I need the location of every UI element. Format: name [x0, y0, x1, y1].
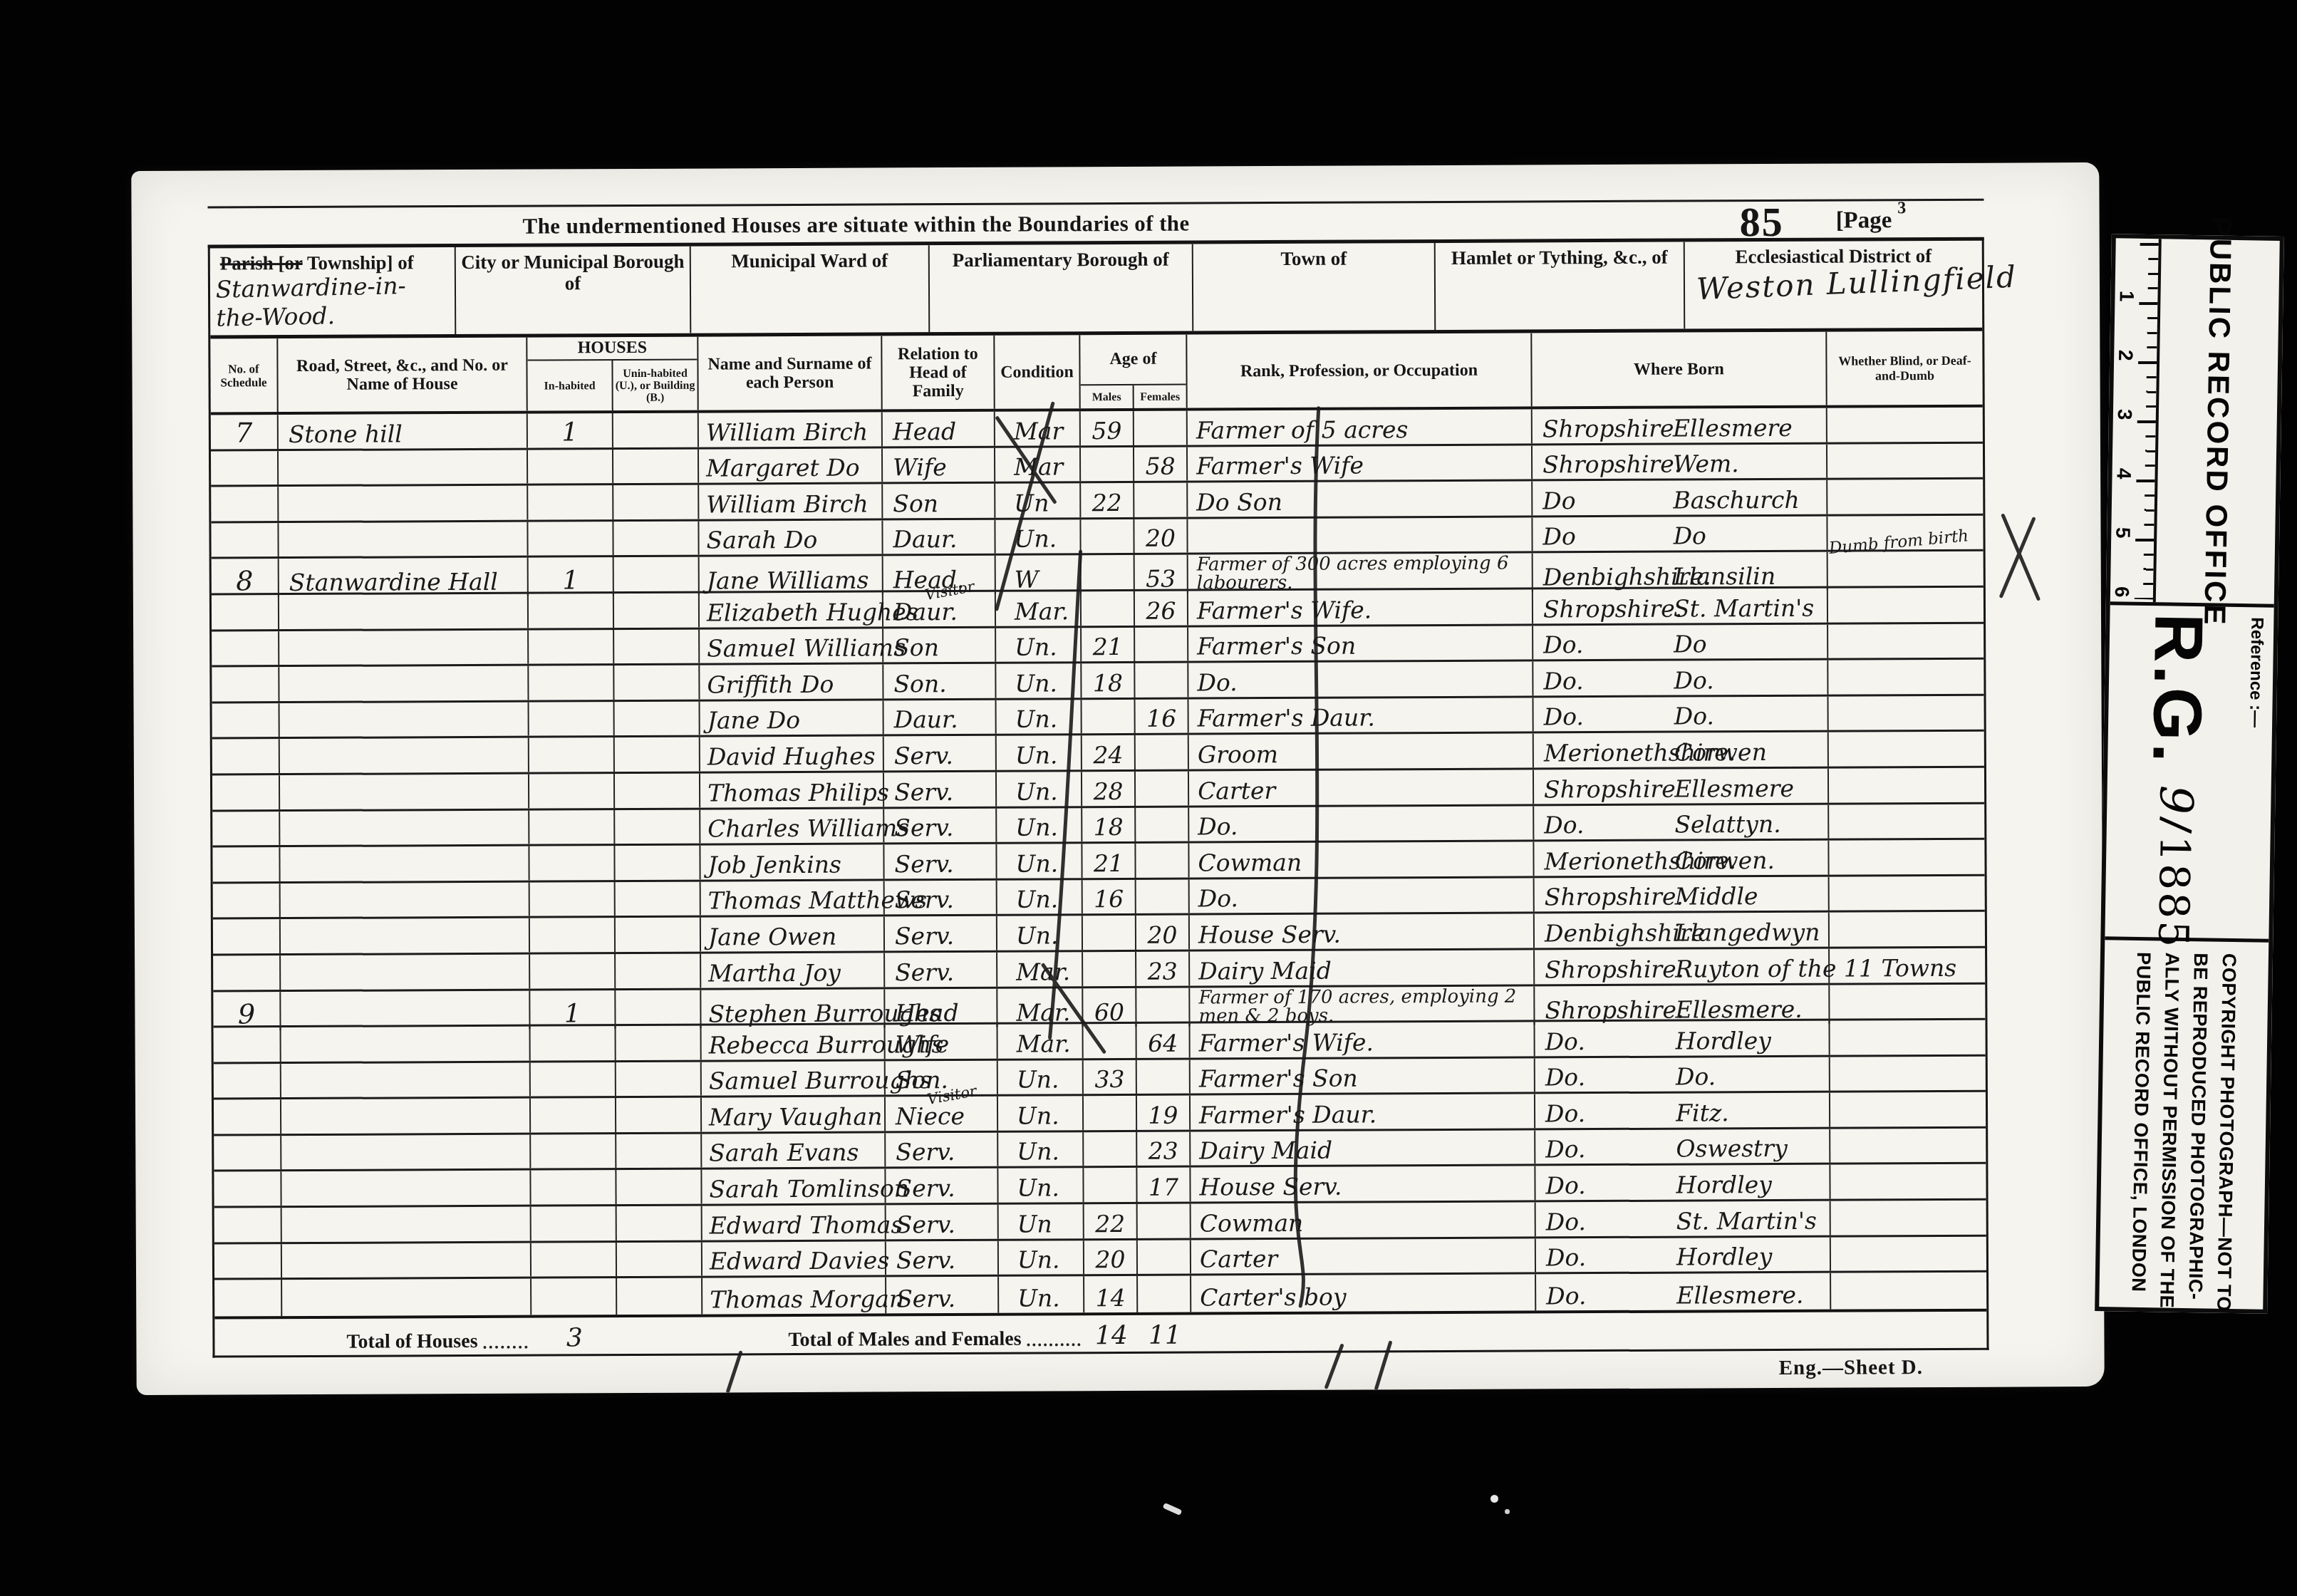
- ecclesiastical-cell: Ecclesiastical District of Weston Lullin…: [1685, 241, 1983, 329]
- col-road: Road, Street, &c., and No. or Name of Ho…: [278, 338, 527, 413]
- cell-schedule: [212, 631, 279, 665]
- cell-relation: Wife: [886, 1025, 998, 1059]
- born-county: Merionethshire.: [1544, 739, 1674, 767]
- cell-schedule: [214, 1027, 281, 1062]
- cell-occupation: Farmer's Wife.: [1191, 1022, 1535, 1058]
- cell-house: [281, 1062, 531, 1097]
- cell-inhabited: [532, 1243, 617, 1277]
- born-place: Corwen: [1674, 738, 1827, 767]
- cell-name: William Birch: [699, 484, 883, 519]
- col-disability: Whether Blind, or Deaf-and-Dumb: [1827, 331, 1982, 405]
- cell-inhabited: [529, 774, 615, 808]
- born-place: Hordley: [1676, 1243, 1830, 1271]
- cell-condition: Un.: [997, 736, 1082, 770]
- cell-age-male: 59: [1081, 411, 1134, 445]
- cell-inhabited: [531, 1026, 616, 1060]
- born-place: Fitz.: [1676, 1099, 1829, 1127]
- cell-occupation: Do.: [1189, 806, 1534, 841]
- cell-inhabited: [529, 737, 615, 772]
- cell-schedule: [213, 883, 281, 918]
- cell-house: [280, 738, 529, 773]
- cell-age-female: [1136, 735, 1189, 769]
- cell-condition: Un.: [999, 1276, 1084, 1312]
- parliamentary-label: Parliamentary Borough of: [953, 249, 1169, 271]
- cell-age-female: 23: [1136, 951, 1190, 985]
- cell-relation: Serv.: [886, 1168, 998, 1203]
- cell-name: Thomas Matthews: [701, 881, 885, 916]
- cell-uninhabited: [613, 413, 699, 447]
- cell-age-female: 64: [1137, 1024, 1191, 1058]
- reference-slash: /: [2148, 814, 2202, 835]
- col-relation: Relation to Head of Family: [882, 336, 995, 410]
- cell-inhabited: [531, 1062, 616, 1097]
- cell-schedule: 7: [211, 415, 279, 449]
- born-county: Do.: [1545, 1135, 1676, 1164]
- born-place: Do.: [1676, 1062, 1829, 1091]
- page-title: The undermentioned Houses are situate wi…: [322, 209, 1391, 240]
- col-inhabited: In-habited: [527, 361, 613, 411]
- cell-age-male: [1084, 1096, 1137, 1130]
- pro-label: PUBLIC RECORD OFFICE 123456 Reference :—…: [2095, 234, 2284, 1314]
- cell-relation: Wife: [883, 447, 995, 482]
- cell-where-born: Do.Hordley: [1536, 1237, 1831, 1272]
- ruler-number: 4: [2112, 420, 2135, 479]
- cell-uninhabited: [616, 1170, 702, 1204]
- cell-where-born: Shropshire.Wem.: [1533, 444, 1827, 479]
- born-county: Do.: [1545, 1063, 1676, 1092]
- cell-where-born: Do.Do.: [1535, 1057, 1830, 1092]
- cell-house: [281, 990, 530, 1030]
- born-county: Do: [1542, 522, 1673, 551]
- copyright-notice: COPYRIGHT PHOTOGRAPH—NOT TOBE REPRODUCED…: [2099, 940, 2269, 1312]
- pro-reference-section: Reference :— R.G. 9 / 1885: [2105, 605, 2273, 943]
- cell-inhabited: 1: [529, 557, 614, 596]
- pro-reference-strip: PUBLIC RECORD OFFICE 123456 Reference :—…: [2095, 234, 2284, 1314]
- houses-group-label: HOUSES: [527, 337, 697, 361]
- cell-schedule: [214, 1280, 282, 1316]
- cell-house: [279, 666, 529, 701]
- cell-condition: Un.: [998, 1060, 1084, 1094]
- film-artifact: [1490, 1495, 1498, 1503]
- cell-inhabited: [528, 450, 613, 484]
- cell-relation: Serv.: [884, 772, 997, 807]
- cell-where-born: Merionethshire.Corwen.: [1534, 841, 1829, 876]
- cell-where-born: Do.Selattyn.: [1534, 804, 1829, 839]
- cell-occupation: House Serv.: [1190, 914, 1535, 950]
- cell-age-male: 21: [1082, 627, 1135, 661]
- cell-occupation: Carter: [1189, 769, 1534, 805]
- cell-occupation: Carter's boy: [1191, 1275, 1536, 1312]
- cell-relation: Daur.Visitor: [883, 592, 996, 626]
- born-county: Do.: [1544, 703, 1674, 731]
- cell-age-male: [1084, 1132, 1137, 1166]
- cell-where-born: Do.Do.: [1534, 696, 1829, 731]
- cell-where-born: Shropshire.St. Martin's: [1533, 589, 1828, 623]
- cell-condition: Un.: [995, 519, 1081, 554]
- cell-house: [280, 774, 529, 809]
- cell-condition: Un.: [997, 844, 1082, 878]
- cell-where-born: Shropshire.Middle: [1535, 876, 1830, 911]
- cell-age-female: 20: [1134, 519, 1188, 553]
- cell-where-born: Do.St. Martin's: [1536, 1201, 1831, 1236]
- cell-house: [281, 1099, 531, 1134]
- cell-age-female: 16: [1136, 699, 1189, 733]
- cell-occupation: [1188, 517, 1533, 553]
- age-group-label: Age of: [1080, 335, 1186, 385]
- cell-uninhabited: [617, 1206, 702, 1240]
- census-table-body: 7Stone hill1William BirchHeadMar59Farmer…: [211, 408, 1986, 1317]
- born-county: Shropshire.: [1545, 883, 1675, 911]
- cell-condition: Un.: [997, 880, 1083, 914]
- born-county: Do.: [1545, 1171, 1676, 1200]
- cell-uninhabited: [616, 953, 701, 988]
- born-place: Hordley: [1676, 1026, 1829, 1054]
- cell-occupation: Groom: [1189, 734, 1534, 769]
- cell-age-male: 22: [1084, 1204, 1138, 1238]
- cell-where-born: Do.Ellesmere.: [1536, 1273, 1831, 1310]
- cell-relation: Serv.: [886, 1277, 999, 1313]
- cell-relation: Son.: [883, 664, 996, 698]
- cell-schedule: [211, 451, 279, 485]
- table-row: Thomas MorganServ.Un.14Carter's boyDo.El…: [214, 1273, 1986, 1316]
- cell-relation: Serv.: [886, 1205, 999, 1239]
- cell-house: [279, 522, 528, 556]
- cell-house: [281, 1171, 531, 1206]
- parliamentary-cell: Parliamentary Borough of: [930, 244, 1194, 333]
- cell-age-male: [1081, 447, 1134, 481]
- born-place: Llangedwyn: [1675, 918, 1828, 947]
- cell-house: [281, 955, 530, 990]
- cell-relation: Serv.: [884, 844, 997, 879]
- cell-relation: Serv.: [886, 1133, 998, 1167]
- born-place: Ellesmere: [1674, 774, 1827, 802]
- cell-where-born: Merionethshire.Corwen: [1534, 732, 1829, 767]
- born-county: Do.: [1545, 1099, 1676, 1127]
- cell-inhabited: [532, 1278, 617, 1315]
- cell-age-male: 33: [1084, 1060, 1137, 1094]
- born-county: Merionethshire.: [1544, 846, 1674, 875]
- cell-schedule: [212, 667, 279, 701]
- cell-name: Edward Davies: [702, 1241, 886, 1276]
- cell-age-female: [1135, 627, 1188, 661]
- born-place: Ellesmere.: [1675, 995, 1828, 1023]
- cell-condition: Mar.: [996, 591, 1082, 626]
- cell-inhabited: [529, 594, 614, 628]
- cell-relation: Serv.: [884, 808, 997, 842]
- cell-condition: Un.: [998, 1096, 1084, 1130]
- born-place: Llansilin: [1674, 562, 1827, 591]
- cell-relation: Daur.: [884, 700, 997, 734]
- cell-schedule: [214, 1208, 282, 1242]
- cell-inhabited: [529, 702, 615, 736]
- cell-condition: Un: [999, 1204, 1084, 1238]
- cell-name: Thomas Philips: [700, 772, 884, 807]
- column-headers: No. of Schedule Road, Street, &c., and N…: [210, 331, 1982, 415]
- col-where-born: Where Born: [1532, 332, 1827, 407]
- cell-name: Edward Thomas: [702, 1205, 886, 1240]
- cell-occupation: Do.: [1188, 662, 1533, 698]
- cell-occupation: Farmer of 170 acres, employing 2 men & 2…: [1190, 986, 1535, 1026]
- col-age-group: Age of Males Females: [1080, 335, 1187, 409]
- cell-uninhabited: [615, 737, 700, 772]
- cell-where-born: DenbighshireLlangedwyn: [1535, 913, 1830, 948]
- born-place: Hordley: [1676, 1171, 1829, 1199]
- cell-age-male: [1084, 1168, 1137, 1202]
- copyright-line: PUBLIC RECORD OFFICE, LONDON: [2124, 952, 2158, 1311]
- cell-schedule: [211, 487, 279, 521]
- born-county: Shropshire.: [1545, 955, 1675, 983]
- cell-age-female: [1136, 807, 1189, 841]
- cell-age-male: [1082, 591, 1135, 626]
- cell-uninhabited: [617, 1242, 702, 1276]
- cell-condition: Un.: [998, 1168, 1084, 1203]
- cell-name: Sarah Evans: [702, 1133, 886, 1168]
- page-reference: [Page3: [1835, 204, 1900, 234]
- cell-where-born: Do.Hordley: [1535, 1165, 1830, 1200]
- cell-name: Stephen Burroughs: [701, 989, 885, 1028]
- cell-where-born: Shropshire.Ellesmere.: [1535, 985, 1830, 1025]
- born-place: Do: [1674, 522, 1827, 550]
- cell-relation: Head: [885, 988, 997, 1027]
- cell-condition: Mar.: [997, 952, 1083, 986]
- cell-uninhabited: [616, 1026, 702, 1060]
- cell-relation: Son: [883, 628, 996, 662]
- cell-relation: Son: [883, 484, 995, 518]
- cell-condition: Mar.: [998, 1024, 1084, 1058]
- cell-house: [282, 1207, 532, 1242]
- census-page: The undermentioned Houses are situate wi…: [131, 162, 2104, 1395]
- cell-age-female: [1135, 663, 1188, 698]
- cell-schedule: [212, 703, 280, 737]
- ruler: 123456: [2110, 238, 2162, 602]
- cell-uninhabited: [616, 881, 701, 916]
- cell-name: Jane Owen: [701, 917, 885, 952]
- cell-condition: Un.: [997, 700, 1082, 734]
- born-county: Shropshire.: [1542, 450, 1673, 479]
- cell-relation: Head: [883, 412, 995, 446]
- parish-value: Stanwardine-in- the-Wood.: [215, 271, 407, 333]
- cell-age-male: 20: [1084, 1240, 1138, 1275]
- cell-age-male: 14: [1084, 1276, 1138, 1312]
- cell-inhabited: [528, 522, 613, 556]
- born-county: Do: [1542, 486, 1673, 514]
- reference-value: R.G. 9 / 1885: [2105, 605, 2246, 938]
- cell-uninhabited: [613, 521, 699, 555]
- cell-occupation: Do Son: [1188, 482, 1533, 517]
- born-county: Do.: [1543, 666, 1674, 695]
- cell-schedule: [214, 1172, 281, 1206]
- cell-house: [281, 1027, 531, 1062]
- reference-series: R.G.: [2137, 613, 2217, 766]
- cell-occupation: Farmer of 300 acres employing 6 labourer…: [1188, 554, 1533, 594]
- ecclesiastical-value: Weston Lullingfield: [1696, 266, 2018, 301]
- cell-uninhabited: [614, 594, 700, 628]
- cell-age-female: [1138, 1276, 1191, 1312]
- cell-uninhabited: [617, 1278, 702, 1315]
- cell-name: Mary Vaughan: [702, 1097, 886, 1132]
- cell-condition: Un.: [996, 663, 1082, 698]
- cell-where-born: ShropshireEllesmere: [1534, 769, 1829, 804]
- cell-where-born: Do.Fitz.: [1535, 1093, 1830, 1128]
- born-county: Denbighshire.: [1543, 563, 1674, 591]
- cell-age-male: 18: [1082, 807, 1136, 841]
- cell-occupation: House Serv.: [1191, 1166, 1535, 1202]
- total-houses-value: 3: [532, 1317, 617, 1359]
- ruler-ticks: [2135, 243, 2159, 599]
- cell-name: Rebecca Burroughs: [702, 1025, 886, 1060]
- cell-condition: Un.: [997, 772, 1082, 806]
- cell-occupation: Carter: [1191, 1238, 1536, 1274]
- cell-where-born: DoDo: [1533, 516, 1827, 551]
- cell-inhabited: [529, 846, 615, 880]
- census-table: Parish [or Township] of Stanwardine-in- …: [208, 237, 1989, 1358]
- cell-age-female: [1136, 879, 1190, 913]
- cell-name: Martha Joy: [701, 953, 885, 988]
- col-uninhabited: Unin-habited (U.), or Building (B.): [613, 361, 697, 411]
- cell-inhabited: 1: [528, 413, 613, 447]
- born-place: Corwen.: [1675, 846, 1828, 874]
- reference-label: Reference :—: [2241, 607, 2273, 939]
- cell-house: [282, 1243, 532, 1278]
- cell-inhabited: 1: [530, 990, 616, 1030]
- cell-uninhabited: [614, 629, 700, 663]
- cell-age-male: 16: [1083, 880, 1136, 914]
- cell-house: [281, 882, 530, 917]
- col-houses-group: HOUSES In-habited Unin-habited (U.), or …: [527, 337, 698, 411]
- cell-name: Jane Williams: [700, 556, 883, 596]
- cell-inhabited: [530, 882, 616, 916]
- cell-where-born: DoBaschurch: [1533, 480, 1827, 515]
- born-county: Shropshire: [1542, 414, 1673, 442]
- cell-name: David Hughes: [700, 737, 884, 772]
- cell-condition: Un.: [999, 1240, 1084, 1275]
- cell-uninhabited: [616, 990, 701, 1029]
- cell-schedule: [214, 1136, 281, 1170]
- reference-number: 9: [2149, 784, 2202, 814]
- cell-age-male: 22: [1081, 483, 1134, 517]
- cell-name: Samuel Williams: [700, 628, 883, 663]
- copyright-line: COPYRIGHT PHOTOGRAPH—NOT TO: [2209, 953, 2244, 1312]
- cell-inhabited: [528, 485, 613, 519]
- cell-schedule: 9: [213, 992, 281, 1030]
- hamlet-cell: Hamlet or Tything, &c., of: [1436, 242, 1686, 331]
- ruler-number: 5: [2111, 479, 2135, 538]
- born-county: Do.: [1543, 631, 1674, 659]
- cell-relation: Daur.: [883, 520, 995, 554]
- cell-uninhabited: [616, 1134, 702, 1168]
- cell-schedule: [213, 955, 281, 990]
- cell-age-male: 18: [1082, 663, 1135, 698]
- cell-uninhabited: [615, 809, 700, 844]
- scanned-census-photograph: The undermentioned Houses are situate wi…: [0, 0, 2297, 1596]
- cell-schedule: [214, 1099, 281, 1134]
- reference-piece: 1885: [2149, 835, 2199, 950]
- cell-relation: Serv.: [885, 953, 997, 987]
- cell-age-male: 21: [1082, 844, 1136, 878]
- born-county: Shropshire.: [1545, 995, 1675, 1024]
- cell-uninhabited: [615, 846, 700, 880]
- cell-schedule: [213, 919, 281, 953]
- cell-uninhabited: [614, 557, 700, 596]
- cell-age-male: [1084, 1024, 1137, 1058]
- cell-schedule: [211, 523, 279, 557]
- cell-occupation: Farmer's Son: [1188, 626, 1533, 661]
- cell-where-born: Do.Do.: [1533, 660, 1828, 695]
- col-rank: Rank, Profession, or Occupation: [1187, 333, 1532, 408]
- born-place: St. Martin's: [1674, 594, 1827, 622]
- cell-age-female: 26: [1135, 591, 1188, 626]
- born-county: Denbighshire: [1545, 918, 1675, 947]
- page-number: 3: [1897, 199, 1906, 217]
- dotted-leader: [1027, 1339, 1081, 1346]
- cell-age-male: [1083, 916, 1136, 950]
- cell-inhabited: [530, 954, 616, 988]
- born-place: Do: [1674, 630, 1827, 658]
- cell-inhabited: [531, 1098, 616, 1132]
- cell-inhabited: [532, 1206, 617, 1240]
- cell-uninhabited: [616, 1062, 702, 1096]
- cell-schedule: [214, 1064, 281, 1098]
- cell-age-male: 24: [1082, 735, 1136, 769]
- cell-schedule: [214, 1244, 282, 1278]
- cell-inhabited: [530, 918, 616, 952]
- parish-struck-label: Parish [or: [220, 252, 303, 274]
- cell-occupation: Farmer of 5 acres: [1188, 409, 1533, 445]
- cell-inhabited: [529, 665, 614, 700]
- cell-house: [279, 630, 529, 665]
- cell-relation: NieceVisitor: [886, 1097, 998, 1131]
- cell-occupation: Farmer's Wife.: [1188, 589, 1533, 625]
- cell-uninhabited: [616, 918, 701, 952]
- cell-house: [282, 1279, 532, 1316]
- cell-where-born: Shropshire.Ruyton of the 11 Towns: [1535, 949, 1830, 984]
- town-cell: Town of: [1193, 243, 1436, 331]
- cell-house: [279, 594, 529, 629]
- cell-age-male: [1082, 555, 1135, 594]
- cell-house: Stone hill: [279, 414, 528, 449]
- totals-row: Total of Houses 3 Total of Males and Fem…: [214, 1309, 1986, 1360]
- born-place: Do.: [1674, 665, 1827, 694]
- cell-age-male: 28: [1082, 772, 1136, 806]
- cell-relation: Serv.: [884, 736, 997, 770]
- cell-condition: Un.: [997, 916, 1083, 950]
- cell-where-born: Do.Hordley: [1535, 1021, 1830, 1056]
- cell-age-female: [1134, 483, 1188, 517]
- cell-occupation: Cowman: [1191, 1203, 1536, 1238]
- district-header: Parish [or Township] of Stanwardine-in- …: [210, 241, 1983, 339]
- cell-schedule: [212, 595, 279, 629]
- cell-inhabited: [529, 810, 615, 844]
- cell-age-female: [1136, 988, 1190, 1026]
- cell-where-born: ShropshireEllesmere: [1533, 408, 1827, 443]
- born-county: Do.: [1545, 1027, 1676, 1055]
- col-name: Name and Surname of each Person: [698, 336, 882, 410]
- page-label: [Page: [1836, 207, 1892, 233]
- hamlet-label: Hamlet or Tything, &c., of: [1451, 247, 1668, 269]
- cell-name: Thomas Morgan: [702, 1278, 886, 1315]
- cell-condition: Un.: [997, 808, 1082, 842]
- col-condition: Condition: [995, 335, 1080, 409]
- cell-house: [280, 846, 529, 881]
- cell-schedule: [212, 812, 280, 846]
- cell-occupation: Farmer's Wife: [1188, 445, 1533, 481]
- cell-relation: Serv.: [885, 880, 997, 914]
- cell-age-female: [1134, 411, 1188, 445]
- city-label: City or Municipal Borough of: [461, 251, 684, 294]
- cell-uninhabited: [614, 665, 700, 700]
- ruler-numbers: 123456: [2110, 242, 2139, 598]
- total-females-value: 11: [1138, 1315, 1191, 1355]
